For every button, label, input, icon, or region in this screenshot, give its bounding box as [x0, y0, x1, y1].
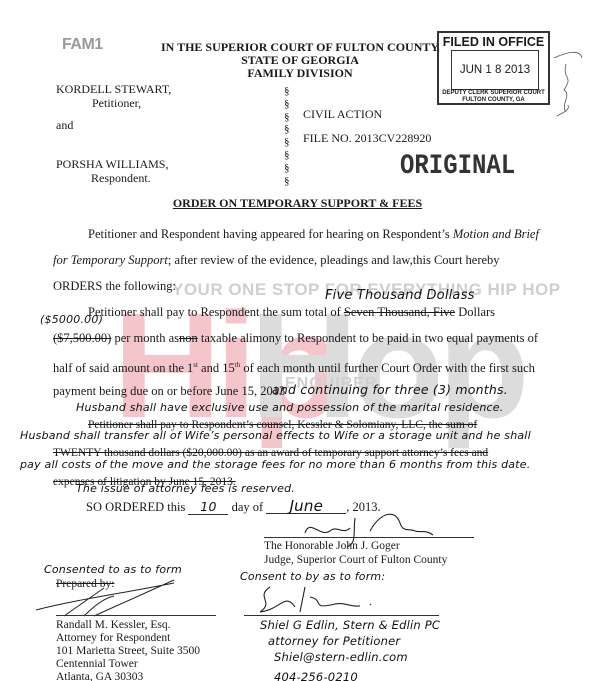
struck-text: Seven Thousand, Five	[344, 305, 455, 319]
handwritten-continuing: and continuing for three (3) months.	[272, 382, 508, 397]
file-number: FILE NO. 2013CV228920	[303, 131, 431, 145]
text: day of	[228, 500, 266, 514]
handwritten-residence: Husband shall have exclusive use and pos…	[76, 401, 503, 414]
respondent-attorney-address-1: 101 Marietta Street, Suite 3500	[56, 644, 200, 658]
so-ordered-day: 10	[188, 500, 228, 515]
filed-stamp-clerk: DEPUTY CLERK SUPERIOR COURT FULTON COUNT…	[439, 90, 548, 103]
conjunction: and	[56, 118, 73, 132]
judge-name: The Honorable John J. Goger	[264, 539, 400, 553]
order-para-1-line-1: Petitioner and Respondent having appeare…	[88, 227, 539, 241]
order-para-2-line-2: ($7,500.00) per month asnon taxable alim…	[53, 331, 538, 345]
judge-title: Judge, Superior Court of Fulton County	[264, 553, 447, 567]
respondent-attorney-address-2: Centennial Tower	[56, 657, 138, 671]
struck-text: non	[179, 331, 198, 345]
text: half of said amount on the 1	[53, 361, 193, 375]
order-para-2-line-3: half of said amount on the 1st and 15th …	[53, 358, 535, 375]
text: ; after review of the evidence, pleading…	[168, 253, 500, 267]
text: of each month until further Court Order …	[240, 361, 535, 375]
order-para-2-line-4: payment being due on or before June 15, …	[53, 384, 285, 398]
handwritten-petitioner-attorney-name: Shiel G Edlin, Stern & Edlin PC	[260, 618, 440, 632]
judge-signature-line	[264, 537, 474, 538]
petitioner-role: Petitioner,	[92, 96, 141, 110]
filed-stamp-title: FILED IN OFFICE	[439, 35, 548, 49]
filed-stamp-date-box: JUN 1 8 2013	[451, 50, 539, 90]
respondent-attorney-role: Attorney for Respondent	[56, 631, 170, 645]
text: per month as	[111, 331, 179, 345]
petitioner-attorney-signature	[250, 582, 380, 617]
text: Petitioner shall pay to Respondent the s…	[88, 305, 344, 319]
handwritten-transfer-1: Husband shall transfer all of Wife’s per…	[20, 429, 531, 442]
respondent-attorney-address-3: Atlanta, GA 30303	[56, 670, 143, 681]
text: and 15	[198, 361, 235, 375]
text: Dollars	[455, 305, 495, 319]
petitioner-signature-line	[244, 615, 439, 616]
handwritten-consent-respondent: Consented to as to form	[44, 563, 182, 576]
petitioner-name: KORDELL STEWART,	[56, 82, 171, 96]
motion-title-cont: for Temporary Support	[53, 253, 168, 267]
filed-stamp-line-2: FULTON COUNTY, GA	[439, 97, 548, 104]
handwritten-five-thousand: Five Thousand Dollass	[325, 288, 475, 303]
handwritten-petitioner-attorney-email: Shiel@stern-edlin.com	[274, 650, 408, 664]
clerk-initials-signature	[552, 50, 587, 120]
filed-stamp: FILED IN OFFICE JUN 1 8 2013 DEPUTY CLER…	[437, 31, 550, 105]
order-para-1-line-2: for Temporary Support; after review of t…	[53, 253, 500, 267]
order-title: ORDER ON TEMPORARY SUPPORT & FEES	[0, 196, 595, 211]
respondent-signature-line	[56, 615, 216, 616]
court-heading: IN THE SUPERIOR COURT OF FULTON COUNTY S…	[150, 41, 450, 80]
handwritten-amount: ($5000.00)	[40, 313, 103, 326]
text: Petitioner and Respondent having appeare…	[88, 227, 453, 241]
handwritten-petitioner-attorney-phone: 404-256-0210	[274, 670, 358, 681]
text: taxable alimony to Respondent to be paid…	[198, 331, 538, 345]
motion-title: Motion and Brief	[453, 227, 539, 241]
court-line-3: FAMILY DIVISION	[150, 67, 450, 80]
respondent-attorney-name: Randall M. Kessler, Esq.	[56, 618, 171, 632]
text: SO ORDERED this	[86, 500, 188, 514]
section-marks: § § § § § § § §	[284, 85, 290, 187]
respondent-attorney-signature	[34, 578, 184, 618]
filed-stamp-date: JUN 1 8 2013	[452, 51, 538, 89]
form-code: FAM1	[62, 36, 103, 54]
civil-action: CIVIL ACTION	[303, 107, 382, 121]
struck-amount: ($7,500.00)	[53, 331, 111, 345]
order-para-2-line-1: Petitioner shall pay to Respondent the s…	[88, 305, 495, 319]
original-stamp: ORIGINAL	[400, 151, 515, 182]
handwritten-petitioner-attorney-role: attorney for Petitioner	[268, 634, 400, 648]
respondent-name: PORSHA WILLIAMS,	[56, 157, 168, 171]
handwritten-transfer-2: pay all costs of the move and the storag…	[20, 458, 530, 471]
order-para-1-line-3: ORDERS the following:	[53, 279, 176, 293]
filed-stamp-line-1: DEPUTY CLERK SUPERIOR COURT	[439, 90, 548, 97]
handwritten-fees-reserved: The issue of attorney fees is reserved.	[76, 482, 295, 495]
respondent-role: Respondent.	[91, 171, 151, 185]
